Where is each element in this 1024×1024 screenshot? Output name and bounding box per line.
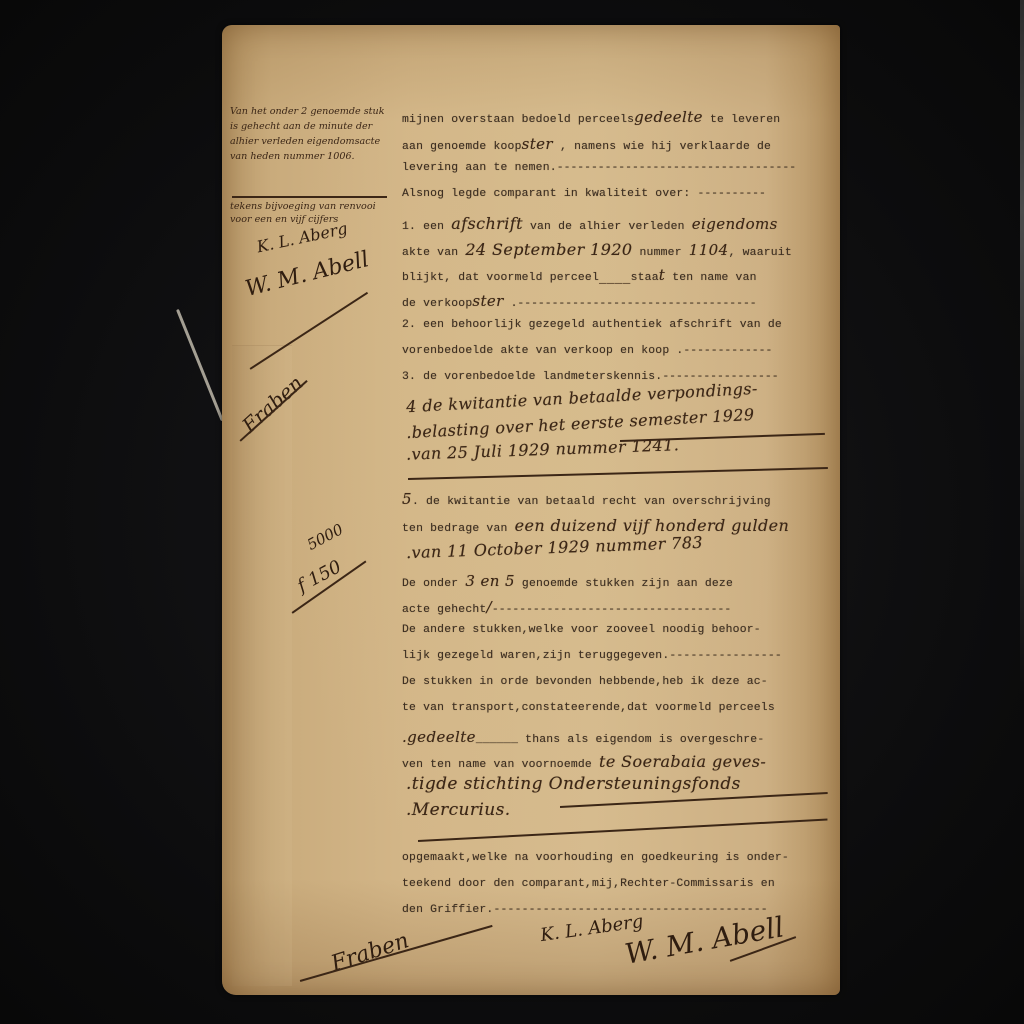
body-line: acte gehecht/---------------------------… xyxy=(402,598,731,616)
background-edge-glint xyxy=(1020,0,1024,700)
typed-text: , namens wie hij verklaarde de xyxy=(553,141,771,153)
dash-filler: ---------- xyxy=(698,188,766,200)
handwritten-insert: ____ xyxy=(599,266,631,284)
handwritten-insert: eigendoms xyxy=(692,215,778,233)
typed-text: acte gehecht xyxy=(402,604,486,616)
typed-text: vorenbedoelde akte van verkoop en koop . xyxy=(402,345,683,357)
body-line: vorenbedoelde akte van verkoop en koop .… xyxy=(402,345,772,357)
margin-note-attachment: Van het onder 2 genoemde stuk is gehecht… xyxy=(230,104,390,164)
typed-text: 2. een behoorlijk gezegeld authentiek af… xyxy=(402,319,782,331)
margin-note-approval: tekens bijvoeging van renvooi voor een e… xyxy=(230,200,390,226)
body-line: De stukken in orde bevonden hebbende,heb… xyxy=(402,676,768,688)
typed-text: . de kwitantie van betaald recht van ove… xyxy=(412,496,771,508)
typed-text: levering aan te nemen. xyxy=(402,162,557,174)
body-line: De onder 3 en 5 genoemde stukken zijn aa… xyxy=(402,572,733,590)
handwritten-insert: 5 xyxy=(402,490,412,508)
typed-text: 3. de vorenbedoelde landmeterskennis. xyxy=(402,371,662,383)
typed-text: aan genoemde koop xyxy=(402,141,522,153)
handwritten-insert: ster xyxy=(522,135,553,153)
body-line: ten bedrage van een duizend vijf honderd… xyxy=(402,516,789,535)
body-line: levering aan te nemen.------------------… xyxy=(402,162,796,174)
handwritten-insert: afschrift xyxy=(451,214,523,233)
handwritten-owner-line: .Mercurius. xyxy=(406,800,511,820)
body-line: akte van 24 September 1920 nummer 1104, … xyxy=(402,240,792,259)
typed-text: de verkoop xyxy=(402,298,472,310)
body-line: 1. een afschrift van de alhier verleden … xyxy=(402,214,778,233)
body-line: teekend door den comparant,mij,Rechter-C… xyxy=(402,878,775,890)
typed-text: ven ten name van voornoemde xyxy=(402,759,599,771)
body-line: den Griffier.---------------------------… xyxy=(402,904,768,916)
typed-text: akte van xyxy=(402,247,465,259)
body-line: 2. een behoorlijk gezegeld authentiek af… xyxy=(402,319,782,331)
body-line: de verkoopster .------------------------… xyxy=(402,292,757,310)
typed-text: 1. een xyxy=(402,221,451,233)
body-line: ven ten name van voornoemde te Soerabaia… xyxy=(402,752,766,771)
body-line: .gedeelte______ thans als eigendom is ov… xyxy=(402,728,764,746)
paper-fold-crease xyxy=(232,345,292,986)
typed-text: Alsnog legde comparant in kwaliteit over… xyxy=(402,188,698,200)
typed-text: te leveren xyxy=(703,114,780,126)
body-line: De andere stukken,welke voor zooveel noo… xyxy=(402,624,761,636)
dash-filler: ----------------------------------- xyxy=(492,604,731,616)
body-line: te van transport,constateerende,dat voor… xyxy=(402,702,775,714)
typed-text: ten name van xyxy=(665,272,756,284)
dash-filler: .----------------------------------- xyxy=(504,298,757,310)
handwritten-insert: 1104 xyxy=(689,241,729,259)
typed-text: genoemde stukken zijn aan deze xyxy=(515,578,733,590)
body-line: 5. de kwitantie van betaald recht van ov… xyxy=(402,490,771,508)
body-line: Alsnog legde comparant in kwaliteit over… xyxy=(402,188,766,200)
body-line: opgemaakt,welke na voorhouding en goedke… xyxy=(402,852,789,864)
typed-text: mijnen overstaan bedoeld perceels xyxy=(402,114,634,126)
handwritten-insert: gedeelte xyxy=(634,108,703,126)
handwritten-insert: ster xyxy=(472,292,503,310)
typed-text: , waaruit xyxy=(729,247,792,259)
typed-text: nummer xyxy=(632,247,688,259)
typed-text: staa xyxy=(631,272,659,284)
handwritten-insert: een duizend vijf honderd gulden xyxy=(515,516,790,535)
handwritten-insert: .gedeelte xyxy=(402,728,476,746)
typed-text: van de alhier verleden xyxy=(523,221,692,233)
body-line: blijkt, dat voormeld perceel____staat te… xyxy=(402,266,757,284)
handwritten-insert: te Soerabaia geves- xyxy=(599,752,766,771)
typed-text: ______ thans als eigendom is overgeschre… xyxy=(476,734,764,746)
margin-note-divider xyxy=(232,196,387,198)
typed-text: blijkt, dat voormeld perceel xyxy=(402,272,599,284)
body-line: mijnen overstaan bedoeld perceelsgedeelt… xyxy=(402,108,780,126)
body-line: aan genoemde koopster , namens wie hij v… xyxy=(402,135,771,153)
handwritten-insert: 24 September 1920 xyxy=(465,240,632,259)
typed-text: ten bedrage van xyxy=(402,523,515,535)
body-line: lijk gezegeld waren,zijn teruggegeven.--… xyxy=(402,650,782,662)
handwritten-insert: 3 en 5 xyxy=(465,572,515,590)
dash-filler: ------------- xyxy=(683,345,772,357)
dash-filler: ----------------------------------- xyxy=(557,162,796,174)
typed-text: De onder xyxy=(402,578,465,590)
handwritten-owner-line: .tigde stichting Ondersteuningsfonds xyxy=(406,774,741,794)
